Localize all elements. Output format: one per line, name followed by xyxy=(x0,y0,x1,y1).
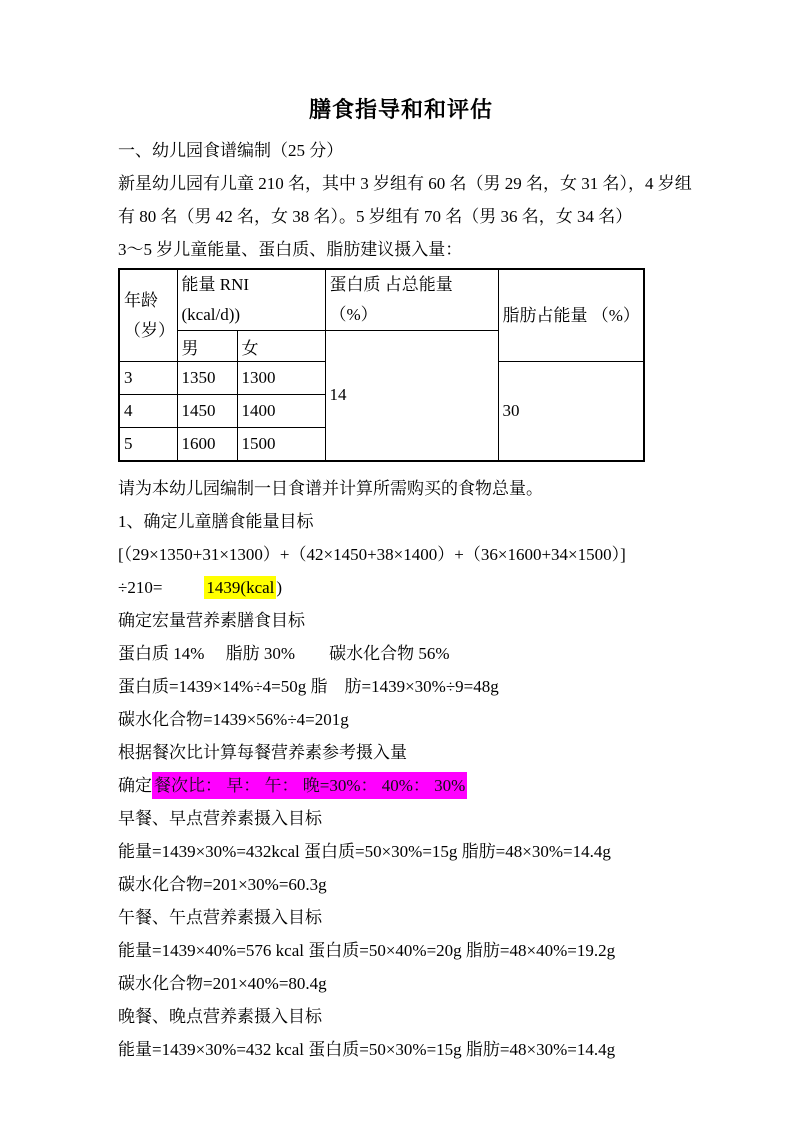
table-header-protein: 蛋白质 占总能量 （%） xyxy=(325,269,498,331)
meal-ratio-highlight: 餐次比： 早： 午： 晚=30%： 40%： 30% xyxy=(152,772,467,799)
lunch-heading: 午餐、午点营养素摄入目标 xyxy=(118,901,684,934)
energy-formula: [（29×1350+31×1300）+（42×1450+38×1400）+（36… xyxy=(118,538,684,571)
energy-result-highlight: 1439(kcal xyxy=(204,576,276,599)
table-protein-value: 14 xyxy=(325,331,498,461)
dinner-heading: 晚餐、晚点营养素摄入目标 xyxy=(118,1000,684,1033)
table-cell-age: 4 xyxy=(119,395,177,428)
energy-result-suffix: ) xyxy=(276,578,282,597)
intro-line-2: 有 80 名（男 42 名，女 38 名）。5 岁组有 70 名（男 36 名，… xyxy=(118,200,684,233)
table-header-fat: 脂肪占能量 （%） xyxy=(498,269,644,362)
task-line: 请为本幼儿园编制一日食谱并计算所需购买的食物总量。 xyxy=(118,472,684,505)
lunch-carb: 碳水化合物=201×40%=80.4g xyxy=(118,967,684,1000)
table-header-age-line1: 年龄 xyxy=(124,286,177,316)
table-cell-female: 1300 xyxy=(237,362,325,395)
table-caption: 3～5 岁儿童能量、蛋白质、脂肪建议摄入量： xyxy=(118,233,684,266)
solution-body: 请为本幼儿园编制一日食谱并计算所需购买的食物总量。 1、确定儿童膳食能量目标 [… xyxy=(118,472,684,1066)
breakfast-heading: 早餐、早点营养素摄入目标 xyxy=(118,802,684,835)
meal-heading: 根据餐次比计算每餐营养素参考摄入量 xyxy=(118,736,684,769)
table-cell-male: 1600 xyxy=(177,428,237,461)
table-header-male: 男 xyxy=(177,331,237,362)
table-fat-value: 30 xyxy=(498,362,644,461)
breakfast-carb: 碳水化合物=201×30%=60.3g xyxy=(118,868,684,901)
table-cell-age: 5 xyxy=(119,428,177,461)
macro-heading: 确定宏量营养素膳食目标 xyxy=(118,604,684,637)
step1-heading: 1、确定儿童膳食能量目标 xyxy=(118,505,684,538)
page-title: 膳食指导和和评估 xyxy=(118,96,684,124)
meal-ratio-prefix: 确定 xyxy=(118,776,152,795)
carb-calc: 碳水化合物=1439×56%÷4=201g xyxy=(118,703,684,736)
table-header-energy: 能量 RNI (kcal/d)) xyxy=(177,269,325,331)
lunch-calc: 能量=1439×40%=576 kcal 蛋白质=50×40%=20g 脂肪=4… xyxy=(118,934,684,967)
table-header-female: 女 xyxy=(237,331,325,362)
macro-ratio: 蛋白质 14% 脂肪 30% 碳水化合物 56% xyxy=(118,637,684,670)
table-cell-female: 1400 xyxy=(237,395,325,428)
protein-fat-calc: 蛋白质=1439×14%÷4=50g 脂 肪=1439×30%÷9=48g xyxy=(118,670,684,703)
table-cell-male: 1450 xyxy=(177,395,237,428)
intro-line-1: 新星幼儿园有儿童 210 名，其中 3 岁组有 60 名（男 29 名，女 31… xyxy=(118,167,684,200)
table-cell-female: 1500 xyxy=(237,428,325,461)
rni-table: 年龄 （岁） 能量 RNI (kcal/d)) 蛋白质 占总能量 （%） 脂肪占… xyxy=(118,268,645,462)
dinner-calc: 能量=1439×30%=432 kcal 蛋白质=50×30%=15g 脂肪=4… xyxy=(118,1033,684,1066)
table-header-energy-line1: 能量 RNI xyxy=(182,270,325,300)
section-heading: 一、幼儿园食谱编制（25 分） xyxy=(118,134,684,167)
table-cell-age: 3 xyxy=(119,362,177,395)
table-header-age-line2: （岁） xyxy=(124,316,177,346)
document-page: 膳食指导和和评估 一、幼儿园食谱编制（25 分） 新星幼儿园有儿童 210 名，… xyxy=(0,0,800,1132)
table-cell-male: 1350 xyxy=(177,362,237,395)
table-header-protein-line1: 蛋白质 占总能量 xyxy=(330,270,498,300)
breakfast-calc: 能量=1439×30%=432kcal 蛋白质=50×30%=15g 脂肪=48… xyxy=(118,835,684,868)
energy-result-line: ÷210=1439(kcal) xyxy=(118,571,684,604)
table-header-energy-line2: (kcal/d)) xyxy=(182,300,325,330)
energy-result-prefix: ÷210= xyxy=(118,578,162,597)
meal-ratio-line: 确定餐次比： 早： 午： 晚=30%： 40%： 30% xyxy=(118,769,684,802)
table-header-protein-line2: （%） xyxy=(330,300,498,330)
table-header-age: 年龄 （岁） xyxy=(119,269,177,362)
